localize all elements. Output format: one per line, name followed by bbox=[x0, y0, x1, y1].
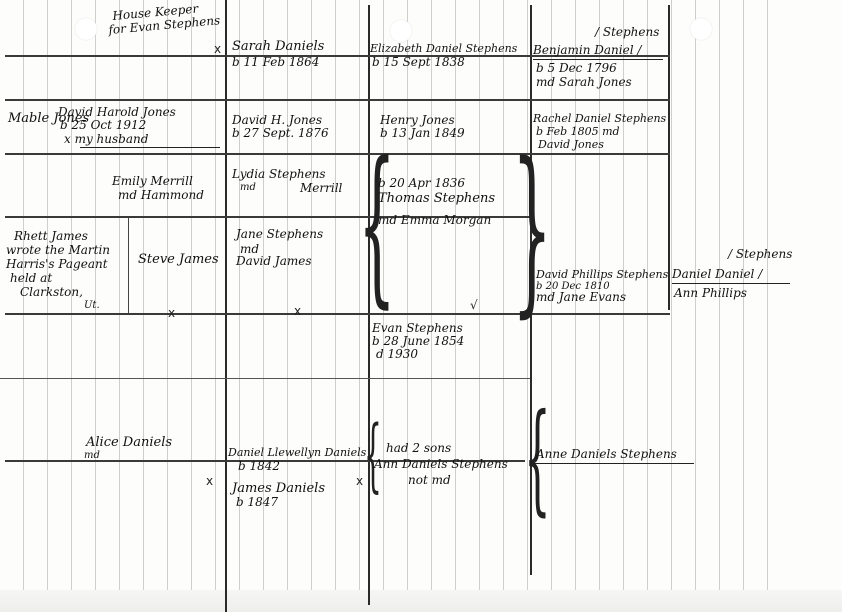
row-divider bbox=[5, 99, 670, 101]
birth-thomas-stephens: b 20 Apr 1836 bbox=[378, 177, 465, 190]
underline bbox=[672, 283, 790, 284]
person-thomas-stephens: Thomas Stephens bbox=[378, 192, 495, 205]
person-anne-daniels-stephens: Anne Daniels Stephens bbox=[536, 448, 677, 461]
punch-hole bbox=[75, 18, 97, 40]
note-not-married: not md bbox=[408, 474, 451, 487]
x-mark: x bbox=[168, 306, 175, 320]
birth-david-harold-jones: b 25 Oct 1912 bbox=[60, 119, 146, 132]
person-jane-stephens: Jane Stephens bbox=[236, 228, 323, 241]
note-rhett-line6: Ut. bbox=[84, 300, 100, 311]
underline bbox=[534, 463, 694, 464]
surname-note-stephens-gen6: / Stephens bbox=[728, 248, 792, 261]
person-ann-phillips: Ann Phillips bbox=[674, 287, 747, 300]
row-divider bbox=[0, 378, 530, 379]
spouse-jane: David James bbox=[236, 255, 312, 268]
column-divider bbox=[225, 0, 227, 612]
note-my-husband: x my husband bbox=[64, 133, 148, 146]
x-mark: x bbox=[214, 42, 221, 56]
x-mark: x bbox=[206, 474, 213, 488]
x-mark: x bbox=[356, 474, 363, 488]
person-elizabeth-daniel-stephens: Elizabeth Daniel Stephens bbox=[370, 42, 517, 55]
birth-james-daniels: b 1847 bbox=[236, 496, 278, 509]
check-mark: √ bbox=[470, 298, 478, 312]
birth-daniel-llewellyn: b 1842 bbox=[238, 460, 280, 473]
marriage-david-phillips: md Jane Evans bbox=[536, 291, 626, 304]
ruled-paper-lines bbox=[0, 0, 842, 600]
person-sarah-daniels: Sarah Daniels bbox=[232, 40, 324, 53]
underline bbox=[533, 59, 663, 60]
punch-hole bbox=[390, 20, 412, 42]
underline bbox=[80, 147, 220, 148]
person-steve-james: Steve James bbox=[138, 253, 219, 266]
person-benjamin-daniel: Benjamin Daniel / bbox=[533, 44, 641, 57]
marriage-thomas: md Emma Morgan bbox=[378, 214, 491, 227]
person-daniel-llewellyn-daniels: Daniel Llewellyn Daniels bbox=[228, 446, 366, 459]
person-rachel-daniel-stephens: Rachel Daniel Stephens bbox=[533, 112, 666, 125]
birth-benjamin: b 5 Dec 1796 bbox=[536, 62, 617, 75]
genealogy-sheet: House Keeper for Evan Stephens x Sarah D… bbox=[0, 0, 842, 612]
person-david-phillips-stephens: David Phillips Stephens bbox=[536, 268, 668, 281]
marriage-lydia: md bbox=[240, 182, 256, 193]
note-had-2-sons: had 2 sons bbox=[386, 442, 451, 455]
x-mark: x bbox=[294, 304, 301, 318]
note-rhett-line5: Clarkston, bbox=[20, 286, 83, 299]
marriage-emily: md Hammond bbox=[118, 189, 204, 202]
bracket: { bbox=[364, 420, 382, 490]
page-margin bbox=[790, 0, 842, 612]
birth-david-h-jones: b 27 Sept. 1876 bbox=[232, 127, 329, 140]
birth-sarah-daniels: b 11 Feb 1864 bbox=[232, 56, 319, 69]
person-emily-merrill: Emily Merrill bbox=[112, 175, 193, 188]
column-divider bbox=[128, 218, 129, 313]
marriage-benjamin: md Sarah Jones bbox=[536, 76, 632, 89]
person-rhett-james: Rhett James bbox=[14, 230, 88, 243]
person-alice-daniels: Alice Daniels bbox=[86, 436, 172, 449]
note-rhett-line3: Harris's Pageant bbox=[6, 258, 108, 271]
row-divider bbox=[5, 313, 670, 315]
row-divider bbox=[5, 153, 670, 155]
person-daniel-daniel: Daniel Daniel / bbox=[672, 268, 762, 281]
surname-note-stephens: / Stephens bbox=[595, 26, 659, 39]
birth-elizabeth: b 15 Sept 1838 bbox=[372, 56, 465, 69]
spouse-lydia: Merrill bbox=[300, 182, 342, 195]
note-rhett-line2: wrote the Martin bbox=[6, 244, 110, 257]
marriage-alice: md bbox=[84, 450, 100, 461]
death-evan-stephens: d 1930 bbox=[376, 348, 418, 361]
person-james-daniels: James Daniels bbox=[232, 482, 325, 495]
page-edge bbox=[0, 590, 842, 612]
punch-hole bbox=[690, 18, 712, 40]
column-divider bbox=[668, 5, 670, 310]
note-rhett-line4: held at bbox=[10, 272, 52, 285]
person-lydia-stephens: Lydia Stephens bbox=[232, 168, 326, 181]
person-ann-daniels-stephens: Ann Daniels Stephens bbox=[374, 458, 508, 471]
